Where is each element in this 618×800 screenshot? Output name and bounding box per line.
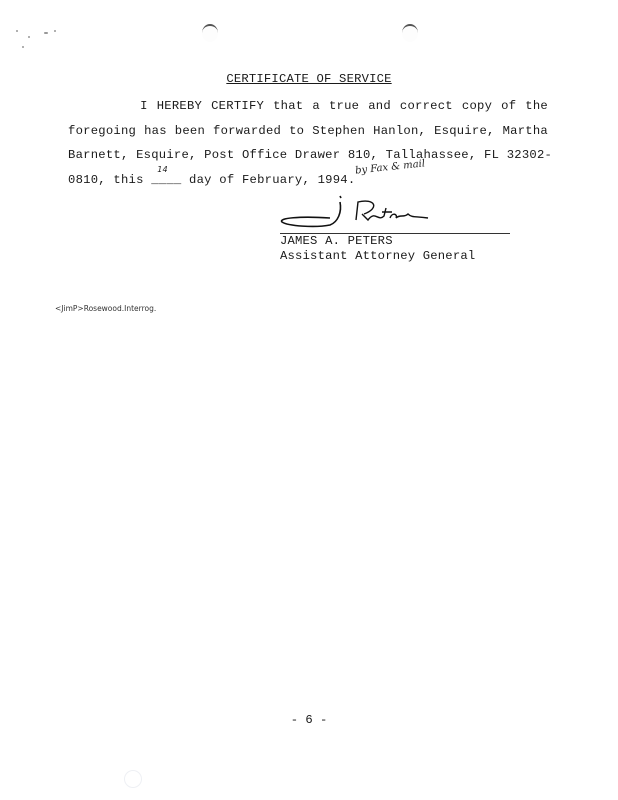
signer-name: JAMES A. PETERS <box>280 234 475 249</box>
certificate-title: CERTIFICATE OF SERVICE <box>0 72 618 86</box>
faint-stamp-mark <box>124 770 142 788</box>
punch-hole-left <box>202 24 218 42</box>
certificate-title-text: CERTIFICATE OF SERVICE <box>226 72 391 86</box>
file-reference: <JimP>Rosewood.Interrog. <box>55 304 156 313</box>
day-blank: ____14 <box>151 168 181 193</box>
certification-paragraph: I HEREBY CERTIFY that a true and correct… <box>68 94 548 192</box>
paragraph-line: Barnett, Esquire, Post Office Drawer 810… <box>68 143 548 168</box>
punch-hole-right <box>402 24 418 42</box>
paragraph-line-date: 0810, this ____14 day of February, 1994. <box>68 168 548 193</box>
signature-block: JAMES A. PETERS Assistant Attorney Gener… <box>280 234 475 264</box>
paragraph-line: foregoing has been forwarded to Stephen … <box>68 119 548 144</box>
signature-icon <box>280 192 440 237</box>
signer-title: Assistant Attorney General <box>280 249 475 264</box>
paragraph-line: I HEREBY CERTIFY that a true and correct… <box>68 94 548 119</box>
page-number: - 6 - <box>0 713 618 727</box>
handwritten-day: 14 <box>157 158 168 183</box>
date-prefix: 0810, this <box>68 173 151 187</box>
scan-specks <box>8 24 68 54</box>
date-suffix: day of February, 1994. <box>181 173 355 187</box>
